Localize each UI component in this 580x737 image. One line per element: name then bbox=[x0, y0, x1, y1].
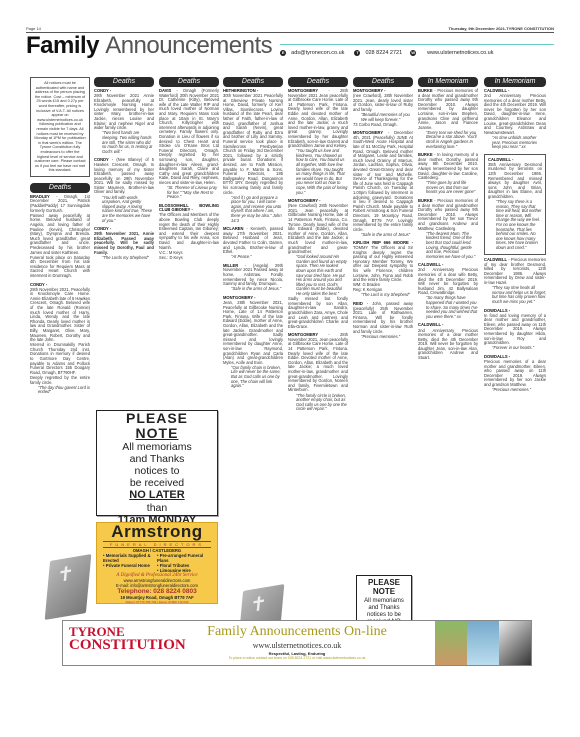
please-line: than bbox=[97, 502, 217, 514]
verse: "God looked around His Garden and found … bbox=[288, 255, 348, 296]
service-item: • Pre-arranged Funeral Plans bbox=[157, 553, 211, 563]
verse: "And if I go and prepare a place for you… bbox=[223, 196, 283, 224]
death-notice: REID - John, passed away (peacefully) 25… bbox=[353, 302, 413, 339]
death-notice: CONDY - (Nee Blaney) of 5 Hawkes Crescen… bbox=[94, 158, 154, 223]
ad-brand: Armstrong bbox=[97, 523, 217, 541]
deceased-name: CALDWELL - bbox=[488, 157, 513, 162]
death-notice: MONTGOMERY - 28th November 2021, Jean pe… bbox=[288, 333, 348, 412]
verse: "St. Therese of Lisieux pray for her." "… bbox=[159, 186, 219, 200]
club-notice: BLOSSOMHILL BOWLING CLUB GIBONEY - The O… bbox=[159, 204, 219, 261]
verse: "Safe in the arms of Jesus." bbox=[223, 287, 283, 292]
ad-services: • Memorials Supplied & Erected • Pre-arr… bbox=[97, 553, 217, 573]
banner-title: Family Announcements On-line bbox=[159, 624, 435, 640]
tyrone-constitution-logo: TYRONE CONSTITUTION bbox=[63, 621, 159, 665]
please-line: be received bbox=[97, 477, 217, 489]
column-3: Deaths DAVIS - Omagh (Formerly Waterford… bbox=[159, 77, 219, 347]
column-4: Deaths HETHERINGTON - 30th November 2021… bbox=[223, 77, 283, 577]
section-header-deaths: Deaths bbox=[288, 77, 348, 87]
death-notice: BRADLEY - Omagh, 1st December 2021, Patr… bbox=[30, 195, 90, 279]
death-notice: HETHERINGTON - 30th November 2021 Peacef… bbox=[223, 89, 283, 223]
notice-text: 2nd Anniversary Precious memories of a d… bbox=[418, 268, 478, 296]
lily-photo bbox=[499, 621, 531, 665]
notice-text: 29th November 2021, Peacefully in Knockm… bbox=[30, 288, 90, 343]
banner-text: Family Announcements On-line www.ulstern… bbox=[159, 621, 435, 665]
death-notice: CONDY - 29th November 2021, Peacefully i… bbox=[30, 283, 90, 395]
notice-text: - 28th November 2021 Jean peacefully at … bbox=[288, 88, 348, 148]
title-announcements: Announcements bbox=[105, 32, 272, 59]
section-header-deaths: Deaths bbox=[94, 77, 154, 87]
verse: "Safe in the arms of Jesus" bbox=[353, 233, 413, 238]
notice-text: - Precious memories of my dear brother D… bbox=[484, 257, 546, 285]
death-notice: MILLER - (Angela) 29th November 2021 Pas… bbox=[223, 264, 283, 292]
logo-line-2: CONSTITUTION bbox=[69, 638, 153, 653]
notice-text: 29th November 2021, Annie Elizabeth. Pas… bbox=[94, 232, 154, 255]
deceased-name: CALDWELL - bbox=[418, 322, 443, 327]
notice-text: 2nd Anniversary Precious memories of a d… bbox=[484, 94, 546, 135]
verse: "The family circle is broken, another em… bbox=[288, 394, 348, 412]
verse: "You left with words unspoken, And gentl… bbox=[94, 196, 154, 224]
notice-text: (Nee Crawford) 28th November 2021, Jean … bbox=[288, 204, 348, 255]
signatory: Sec.: D Keys bbox=[159, 256, 219, 261]
website-link[interactable]: www.ulsternetnotices.co.uk bbox=[427, 50, 493, 56]
club-name: BLOSSOMHILL BOWLING CLUB GIBONEY - bbox=[159, 203, 219, 213]
ad-subtitle: FUNERAL DIRECTORS bbox=[103, 541, 211, 548]
note-heading: NOTE bbox=[97, 426, 217, 441]
notice-text: 2nd Anniversary Precious memories of a d… bbox=[418, 329, 478, 361]
notice-text: 29th November 2021 Annie Elizabeth, peac… bbox=[94, 94, 154, 131]
notice-text: - In loving memory of a dear mother, Dor… bbox=[418, 152, 478, 180]
notice-text: Jean, 28th November 2021, Peacefully at … bbox=[223, 301, 283, 365]
verse: "Two tired hands are sleeping. Two willi… bbox=[94, 131, 154, 154]
notice-text: The Officers and Members of the above Bo… bbox=[159, 213, 219, 250]
verse: "Precious memories." bbox=[484, 388, 546, 393]
memoriam-notice: CALDWELL - 2nd Anniversary Precious memo… bbox=[418, 263, 478, 319]
notice-text: 35th Anniversary Desmond murdered by ter… bbox=[488, 163, 542, 200]
verse: "They say time heals all sorrow and help… bbox=[484, 286, 546, 304]
ad-telephone: Telephone: 028 8224 0803 bbox=[97, 588, 217, 595]
section-header-deaths: Deaths bbox=[353, 77, 413, 87]
memoriam-notice: BURKE - Precious memories of a dear moth… bbox=[418, 89, 478, 149]
section-header-deaths: Deaths bbox=[159, 77, 219, 87]
memoriam-notice: DOWDALLS - Precious memories of a dear m… bbox=[484, 355, 546, 393]
verse: "Time goes by and life moves on, But fro… bbox=[418, 181, 478, 195]
notice-text: (nee Crawford), 28th November 2021. Jean… bbox=[353, 94, 413, 112]
memoriam-notice: CALDWELL - 2nd Anniversary Precious memo… bbox=[418, 323, 478, 360]
notice-text: - December 4th, 2021 (Peacefully) JUNE A… bbox=[353, 130, 413, 231]
online-announcements-banner[interactable]: TYRONE CONSTITUTION Family Announcements… bbox=[62, 620, 532, 666]
dateline: Thursday, 9th December 2021-TYRONE CONST… bbox=[448, 26, 554, 31]
ad-mobiles: Robert: 07770 783 793 | Derek: 07900 719… bbox=[97, 600, 217, 605]
section-header-deaths: Deaths bbox=[30, 183, 90, 193]
verse: "As time unfolds another year, Precious … bbox=[484, 136, 546, 150]
lodge-notice: KIRLISH RBP 666 MOORE - TOMMY The Office… bbox=[353, 241, 413, 298]
memoriam-notice: BURKE - In loving memory of a dear mothe… bbox=[418, 153, 478, 195]
notice-text: In fond and loving memory of a dear moth… bbox=[484, 314, 546, 346]
memoriam-notice: CALDWELL - 2nd Anniversary Precious memo… bbox=[484, 89, 546, 150]
page-number: Page 14 bbox=[26, 26, 41, 31]
verse: "Precious memories." bbox=[353, 335, 413, 340]
columns: All notices must be authenticated with n… bbox=[26, 77, 554, 662]
address: 73 Corbo Road, Omagh. bbox=[353, 123, 413, 128]
contact-bar: E ads@tyronecon.co.uk T 028 8224 2721 W … bbox=[280, 44, 554, 58]
column-8: In Memoriam CALDWELL - 2nd Anniversary P… bbox=[484, 77, 546, 662]
verse: "Every tear we shed for you Became a sta… bbox=[418, 131, 478, 149]
memoriam-notice: DOWDALLS - In fond and loving memory of … bbox=[484, 309, 546, 351]
armstrong-funeral-ad[interactable]: Armstrong FUNERAL DIRECTORS OMAGH / CAST… bbox=[96, 522, 218, 604]
section-header-in-memoriam: In Memoriam bbox=[418, 77, 478, 87]
death-notice: MCLAREN - Kenneth, passed away 17th Nove… bbox=[223, 227, 283, 260]
dove-photo bbox=[467, 621, 499, 665]
please-line: and Thanks bbox=[97, 453, 217, 465]
notice-text: Deeply regretted by the entire family ci… bbox=[30, 376, 90, 385]
death-notice: DAVIS - Omagh (Formerly Waterford) 30th … bbox=[159, 89, 219, 200]
notice-text: 30th November 2021 Peacefully at Glenvie… bbox=[223, 94, 283, 195]
memoriam-notice: BURKE - Precious memories of a dear moth… bbox=[418, 199, 478, 259]
coffin-cross-icon bbox=[45, 554, 92, 620]
please-note-box: PLEASE NOTE All memoriams and Thanks not… bbox=[96, 410, 218, 516]
page-title: Family Announcements bbox=[26, 34, 272, 58]
death-notice: CONDY - 29th November 2021 Annie Elizabe… bbox=[94, 89, 154, 154]
column-5: Deaths MONTGOMERY - 28th November 2021 J… bbox=[288, 77, 348, 662]
section-header-in-memoriam: In Memoriam bbox=[484, 77, 546, 87]
verse: "The day thou gavest Lord is ended" bbox=[30, 386, 90, 395]
email-icon: E bbox=[280, 50, 286, 56]
death-notice: MONTGOMERY - 28th November 2021 Jean pea… bbox=[288, 89, 348, 195]
notice-text: Funeral took place on Saturday 4th Decem… bbox=[30, 256, 90, 279]
service-item: • Memorials Supplied & Erected bbox=[103, 553, 157, 563]
verse: "The Lord is my Shepherd" bbox=[353, 293, 413, 298]
verse: "At Peace." bbox=[223, 255, 283, 260]
notice-text: Precious memories of a dear mother and g… bbox=[484, 360, 546, 388]
notice-text: - John, passed away (peacefully) 25th No… bbox=[353, 301, 413, 334]
notice-text: - (Nee Blaney) of 5 Hawkes Crescent, Oma… bbox=[94, 157, 154, 194]
notice-text: - Kenneth, passed away 17th November 202… bbox=[223, 226, 283, 254]
column-2: Deaths CONDY - 29th November 2021 Annie … bbox=[94, 77, 154, 407]
verse: "Our family chain is broken, Life will n… bbox=[223, 366, 283, 389]
death-notice: MONTGOMERY - (nee Crawford), 28th Novemb… bbox=[353, 89, 413, 127]
verse: "The dearest Mum, The kindest friend, On… bbox=[418, 232, 478, 260]
verse: "So many things have happened that I wan… bbox=[418, 296, 478, 319]
web-icon: W bbox=[410, 50, 416, 56]
please-heading: PLEASE NOTE bbox=[359, 578, 409, 596]
email-link[interactable]: ads@tyronecon.co.uk bbox=[291, 50, 344, 56]
please-line: All memoriams bbox=[97, 441, 217, 453]
verse: "Forever in our hearts." bbox=[484, 346, 546, 351]
death-notice: MONTGOMERY - (Nee Crawford) 28th Novembe… bbox=[288, 199, 348, 329]
verse: "You taught us love and kindness, You sh… bbox=[288, 149, 348, 195]
terms-notice-box: All notices must be authenticated with n… bbox=[30, 77, 90, 177]
notice-text: Interred in Drumnakilly Parish Church Th… bbox=[30, 343, 90, 375]
notice-text: TOMMY The Officers and Sir Knights deepl… bbox=[353, 245, 413, 282]
notice-text: Passed away peacefully at home. Beloved … bbox=[30, 214, 90, 255]
notice-text: - Precious memories of a dear mother and… bbox=[418, 198, 478, 231]
death-notice: MONTGOMERY - December 4th, 2021 (Peacefu… bbox=[353, 131, 413, 237]
please-deadline: NO LATER bbox=[97, 489, 217, 502]
please-heading: PLEASE bbox=[97, 411, 217, 426]
newspaper-page: Page 14 Thursday, 9th December 2021-TYRO… bbox=[26, 26, 554, 58]
notice-text: Sadly missed but fondly remembered by so… bbox=[288, 297, 348, 329]
notice-text: - Omagh (Formerly Waterford) 30th Novemb… bbox=[159, 88, 219, 185]
embrace-photo bbox=[435, 621, 467, 665]
notice-text: - 28th November 2021, Jean peacefully at… bbox=[288, 332, 348, 392]
title-family: Family bbox=[26, 32, 99, 59]
deceased-name: DOWDALLS - bbox=[484, 308, 510, 313]
verse: "They say there is a reason, They say th… bbox=[488, 200, 542, 251]
page-header: Family Announcements E ads@tyronecon.co.… bbox=[26, 34, 554, 58]
verse: "The Lords my Shepherd" bbox=[94, 256, 154, 261]
death-notice: CONDY - 29th November 2021, Annie Elizab… bbox=[94, 227, 154, 260]
banner-photos bbox=[435, 621, 531, 665]
column-7: In Memoriam BURKE - Precious memories of… bbox=[418, 77, 478, 662]
death-notice: MONTGOMERY - Jean, 28th November 2021, P… bbox=[223, 296, 283, 389]
verse: "Beautiful memories of you We will keep … bbox=[353, 113, 413, 122]
memoriam-notice: CALDWELL - Precious memories of my dear … bbox=[484, 258, 546, 304]
deceased-name: CONDY - bbox=[30, 282, 47, 287]
column-6: Deaths MONTGOMERY - (nee Crawford), 28th… bbox=[353, 77, 413, 572]
phone-icon: T bbox=[354, 50, 360, 56]
please-line: notices to bbox=[97, 465, 217, 477]
memoriam-notice-boxed: CALDWELL - 35th Anniversary Desmond murd… bbox=[484, 154, 546, 255]
notice-text: - Precious memories of a dear mother and… bbox=[418, 88, 478, 130]
section-header-deaths: Deaths bbox=[223, 77, 283, 87]
banner-url[interactable]: www.ulsternetnotices.co.uk bbox=[159, 641, 435, 650]
banner-contact: To place a notice contact our team on 02… bbox=[159, 656, 435, 660]
phone-number: 028 8224 2721 bbox=[365, 50, 402, 56]
